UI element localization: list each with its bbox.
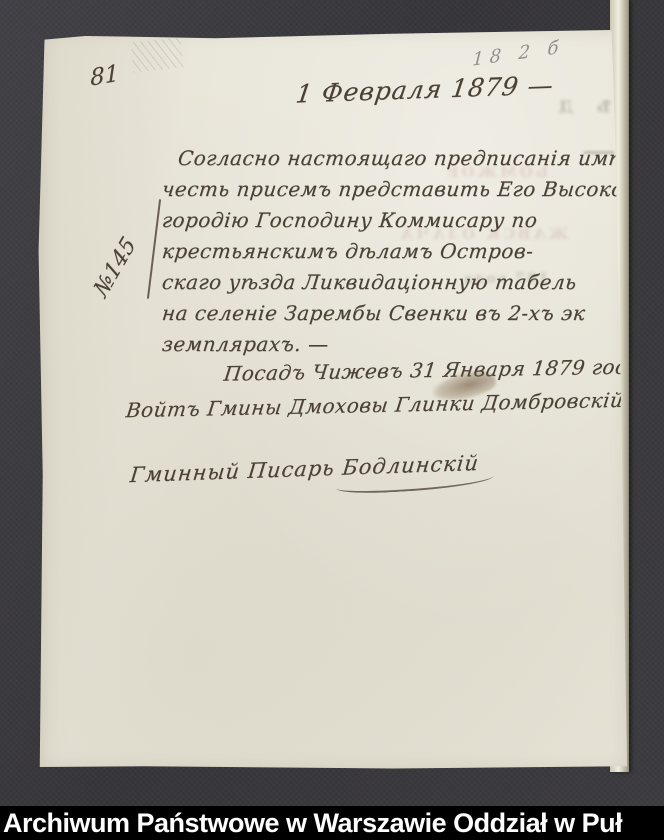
margin-register-number: №145 <box>90 233 141 303</box>
document-page: 81 18 2 б 1 Февраля 1879 — №145 М Ѣ Д ЬО… <box>38 27 630 773</box>
received-date-line: 1 Февраля 1879 — <box>294 70 556 108</box>
document-body-text: Согласно настоящаго предписанія имѣю чес… <box>162 143 614 360</box>
margin-flourish-stroke <box>147 199 161 298</box>
body-line: Согласно настоящаго предписанія имѣю <box>160 143 615 174</box>
pencil-note: 18 2 б <box>472 36 565 70</box>
body-line: скаго уѣзда Ликвидаціонную табель <box>160 267 615 298</box>
caption-bar: Archiwum Państwowe w Warszawie Oddział w… <box>0 806 664 840</box>
body-line: городію Господину Коммисару по <box>160 205 615 236</box>
page-corner-number: 81 <box>90 60 120 91</box>
wojt-signature-line: Войтъ Гмины Дмоховы Глинки Домбровскій <box>125 388 625 422</box>
body-line: крестьянскимъ дѣламъ Остров- <box>160 236 615 267</box>
body-line: на селеніе Зарембы Свенки въ 2-хъ эк <box>160 298 615 329</box>
stamp-bleed-through: М Ѣ Д <box>550 97 652 116</box>
archive-caption-text: Archiwum Państwowe w Warszawie Oddział w… <box>0 808 622 839</box>
body-line: честь присемъ представить Его Высокобла <box>160 174 615 205</box>
pencil-scribble <box>131 37 184 72</box>
archive-scan: 81 18 2 б 1 Февраля 1879 — №145 М Ѣ Д ЬО… <box>0 0 664 840</box>
